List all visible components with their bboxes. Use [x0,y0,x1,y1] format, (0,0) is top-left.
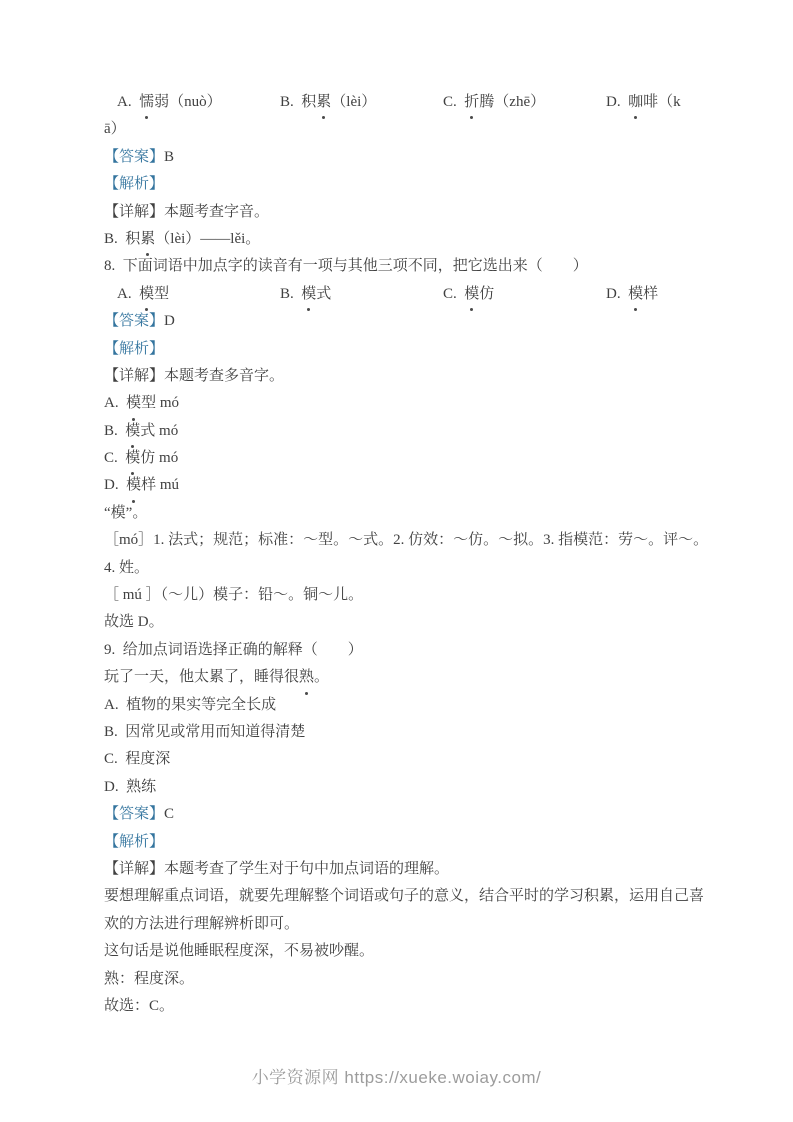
text-segment: 型 [154,286,169,302]
option-cell: C. 模仿 [443,281,606,308]
text-line: 熟：程度深。 [104,966,704,993]
text-line: 【解析】 [104,171,704,198]
option-cell: C. 折腾（zhē） [443,89,606,116]
text-segment: 啡（k [643,94,681,110]
text-segment: 。 [314,669,329,685]
emphasized-char: 模 [126,472,141,499]
document-body: A. 懦弱（nuò）B. 积累（lèi）C. 折腾（zhē）D. 咖啡（kā）【… [104,89,704,1020]
text-segment: A. [117,94,139,110]
text-line: 玩了一天，他太累了，睡得很熟。 [104,664,704,691]
bracket-label: 【答案】 [104,149,164,165]
text-segment: 故选：C。 [104,998,174,1014]
text-segment: 【详解】本题考查了学生对于句中加点词语的理解。 [104,861,449,877]
text-segment: 玩了一天，他太累了，睡得很 [104,669,299,685]
text-segment: D [164,313,175,329]
text-line: ā） [104,116,704,143]
options-row: A. 懦弱（nuò）B. 积累（lèi）C. 折腾（zhē）D. 咖啡（k [104,89,704,116]
text-segment: B. [104,423,125,439]
text-segment: 8. 下面词语中加点字的读音有一项与其他三项不同，把它选出来（ ） [104,258,588,274]
text-segment: A. [104,395,126,411]
text-line: ［mó］1. 法式；规范；标准：～型。～式。2. 仿效：～仿。～拟。3. 指模范… [104,527,704,554]
text-segment: 仿 [479,286,494,302]
text-segment: 仿 mó [140,450,178,466]
emphasized-char: 累 [140,226,155,253]
bracket-label: 【解析】 [104,341,164,357]
text-segment: C. [443,94,464,110]
bracket-label: 【解析】 [104,176,164,192]
text-line: 9. 给加点词语选择正确的解释（ ） [104,637,704,664]
text-segment: C. 程度深 [104,751,170,767]
text-segment: 样 mú [141,477,179,493]
text-line: 4. 姓。 [104,555,704,582]
emphasized-char: 模 [464,281,479,308]
text-segment: （lèi）——lěi。 [155,231,260,247]
text-segment: D. [104,477,126,493]
option-cell: A. 懦弱（nuò） [117,89,280,116]
option-cell: D. 模样 [606,281,704,308]
text-segment: 弱（nuò） [154,94,222,110]
text-segment: 要想理解重点词语，就要先理解整个词语或句子的意义，结合平时的学习积累，运用自己喜 [104,888,704,904]
text-segment: B. 因常见或常用而知道得清楚 [104,724,305,740]
text-segment: 这句话是说他睡眠程度深，不易被吵醒。 [104,943,374,959]
text-line: 【答案】C [104,801,704,828]
text-line: 【答案】D [104,308,704,335]
bracket-label: 【答案】 [104,313,164,329]
text-line: 【解析】 [104,336,704,363]
text-segment: 式 [316,286,331,302]
text-line: B. 模式 mó [104,418,704,445]
text-segment: ［ mú ］（～儿）模子：铅～。铜～儿。 [104,587,363,603]
text-segment: 【详解】本题考查字音。 [104,204,269,220]
text-segment: D. [606,286,628,302]
option-cell: B. 模式 [280,281,443,308]
page-footer-watermark: 小学资源网 https://xueke.woiay.com/ [0,1063,793,1088]
emphasized-char: 折 [464,89,479,116]
text-segment: B. 积 [104,231,140,247]
text-line: 欢的方法进行理解辨析即可。 [104,911,704,938]
text-segment: B. [280,286,301,302]
option-cell: D. 咖啡（k [606,89,704,116]
text-line: 【解析】 [104,829,704,856]
text-line: 故选：C。 [104,993,704,1020]
text-line: 【详解】本题考查多音字。 [104,363,704,390]
text-segment: C [164,806,174,822]
text-segment: B. 积 [280,94,316,110]
emphasized-char: 模 [125,445,140,472]
text-line: A. 模型 mó [104,390,704,417]
text-segment: （lèi） [331,94,376,110]
text-segment: “模”。 [104,505,147,521]
text-line: B. 因常见或常用而知道得清楚 [104,719,704,746]
text-segment: B [164,149,174,165]
text-segment: 欢的方法进行理解辨析即可。 [104,916,299,932]
text-segment: C. [443,286,464,302]
emphasized-char: 模 [139,281,154,308]
text-line: 要想理解重点词语，就要先理解整个词语或句子的意义，结合平时的学习积累，运用自己喜 [104,883,704,910]
option-cell: B. 积累（lèi） [280,89,443,116]
text-segment: ā） [104,121,126,137]
text-segment: A. [117,286,139,302]
text-segment: 故选 D。 [104,614,164,630]
text-segment: ［mó］1. 法式；规范；标准：～型。～式。2. 仿效：～仿。～拟。3. 指模范… [104,532,708,548]
text-line: D. 熟练 [104,774,704,801]
text-line: 这句话是说他睡眠程度深，不易被吵醒。 [104,938,704,965]
text-line: 8. 下面词语中加点字的读音有一项与其他三项不同，把它选出来（ ） [104,253,704,280]
text-line: B. 积累（lèi）——lěi。 [104,226,704,253]
text-line: D. 模样 mú [104,472,704,499]
emphasized-char: 模 [126,390,141,417]
text-segment: 9. 给加点词语选择正确的解释（ ） [104,642,363,658]
footer-site-text: 小学资源网 https://xueke.woiay.com/ [252,1068,542,1087]
text-segment: 4. 姓。 [104,560,149,576]
option-cell: A. 模型 [117,281,280,308]
text-line: ［ mú ］（～儿）模子：铅～。铜～儿。 [104,582,704,609]
text-line: A. 植物的果实等完全长成 [104,692,704,719]
bracket-label: 【解析】 [104,834,164,850]
text-line: 故选 D。 [104,609,704,636]
text-line: C. 程度深 [104,746,704,773]
emphasized-char: 模 [125,418,140,445]
text-line: “模”。 [104,500,704,527]
text-segment: A. 植物的果实等完全长成 [104,697,276,713]
text-segment: 样 [643,286,658,302]
text-segment: D. [606,94,628,110]
text-line: C. 模仿 mó [104,445,704,472]
text-segment: D. 熟练 [104,779,156,795]
text-segment: C. [104,450,125,466]
text-line: 【答案】B [104,144,704,171]
emphasized-char: 模 [301,281,316,308]
emphasized-char: 累 [316,89,331,116]
text-segment: 型 mó [141,395,179,411]
text-line: 【详解】本题考查了学生对于句中加点词语的理解。 [104,856,704,883]
emphasized-char: 熟 [299,664,314,691]
text-segment: 式 mó [140,423,178,439]
emphasized-char: 懦 [139,89,154,116]
text-segment: 【详解】本题考查多音字。 [104,368,284,384]
emphasized-char: 咖 [628,89,643,116]
bracket-label: 【答案】 [104,806,164,822]
text-line: 【详解】本题考查字音。 [104,199,704,226]
text-segment: 熟：程度深。 [104,971,194,987]
emphasized-char: 模 [628,281,643,308]
options-row: A. 模型B. 模式C. 模仿D. 模样 [104,281,704,308]
text-segment: 腾（zhē） [479,94,545,110]
